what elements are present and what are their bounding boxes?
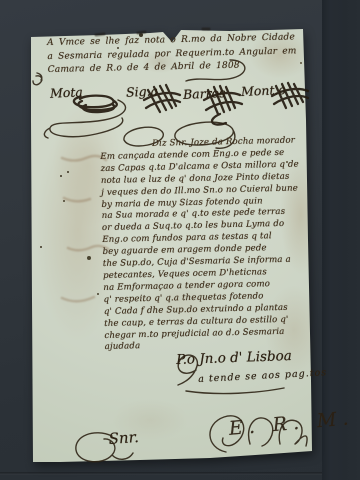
councillor-signature: Barros: [183, 85, 226, 102]
councillor-signature: Sig.a: [126, 83, 159, 99]
councillor-signature: Mont.o: [241, 82, 287, 99]
councillor-signature: Mota: [50, 84, 83, 100]
marginal-approval-note: A Vmce se lhe faz nota o R.mo da Nobre C…: [47, 31, 297, 77]
photo-backdrop: A Vmce se lhe faz nota o R.mo da Nobre C…: [0, 0, 360, 480]
petition-body: Diz Snr. Joze da Rocha morador Em cançad…: [100, 135, 323, 354]
address-abbreviation: Snr.: [108, 428, 139, 448]
ink-specks: [60, 175, 62, 177]
